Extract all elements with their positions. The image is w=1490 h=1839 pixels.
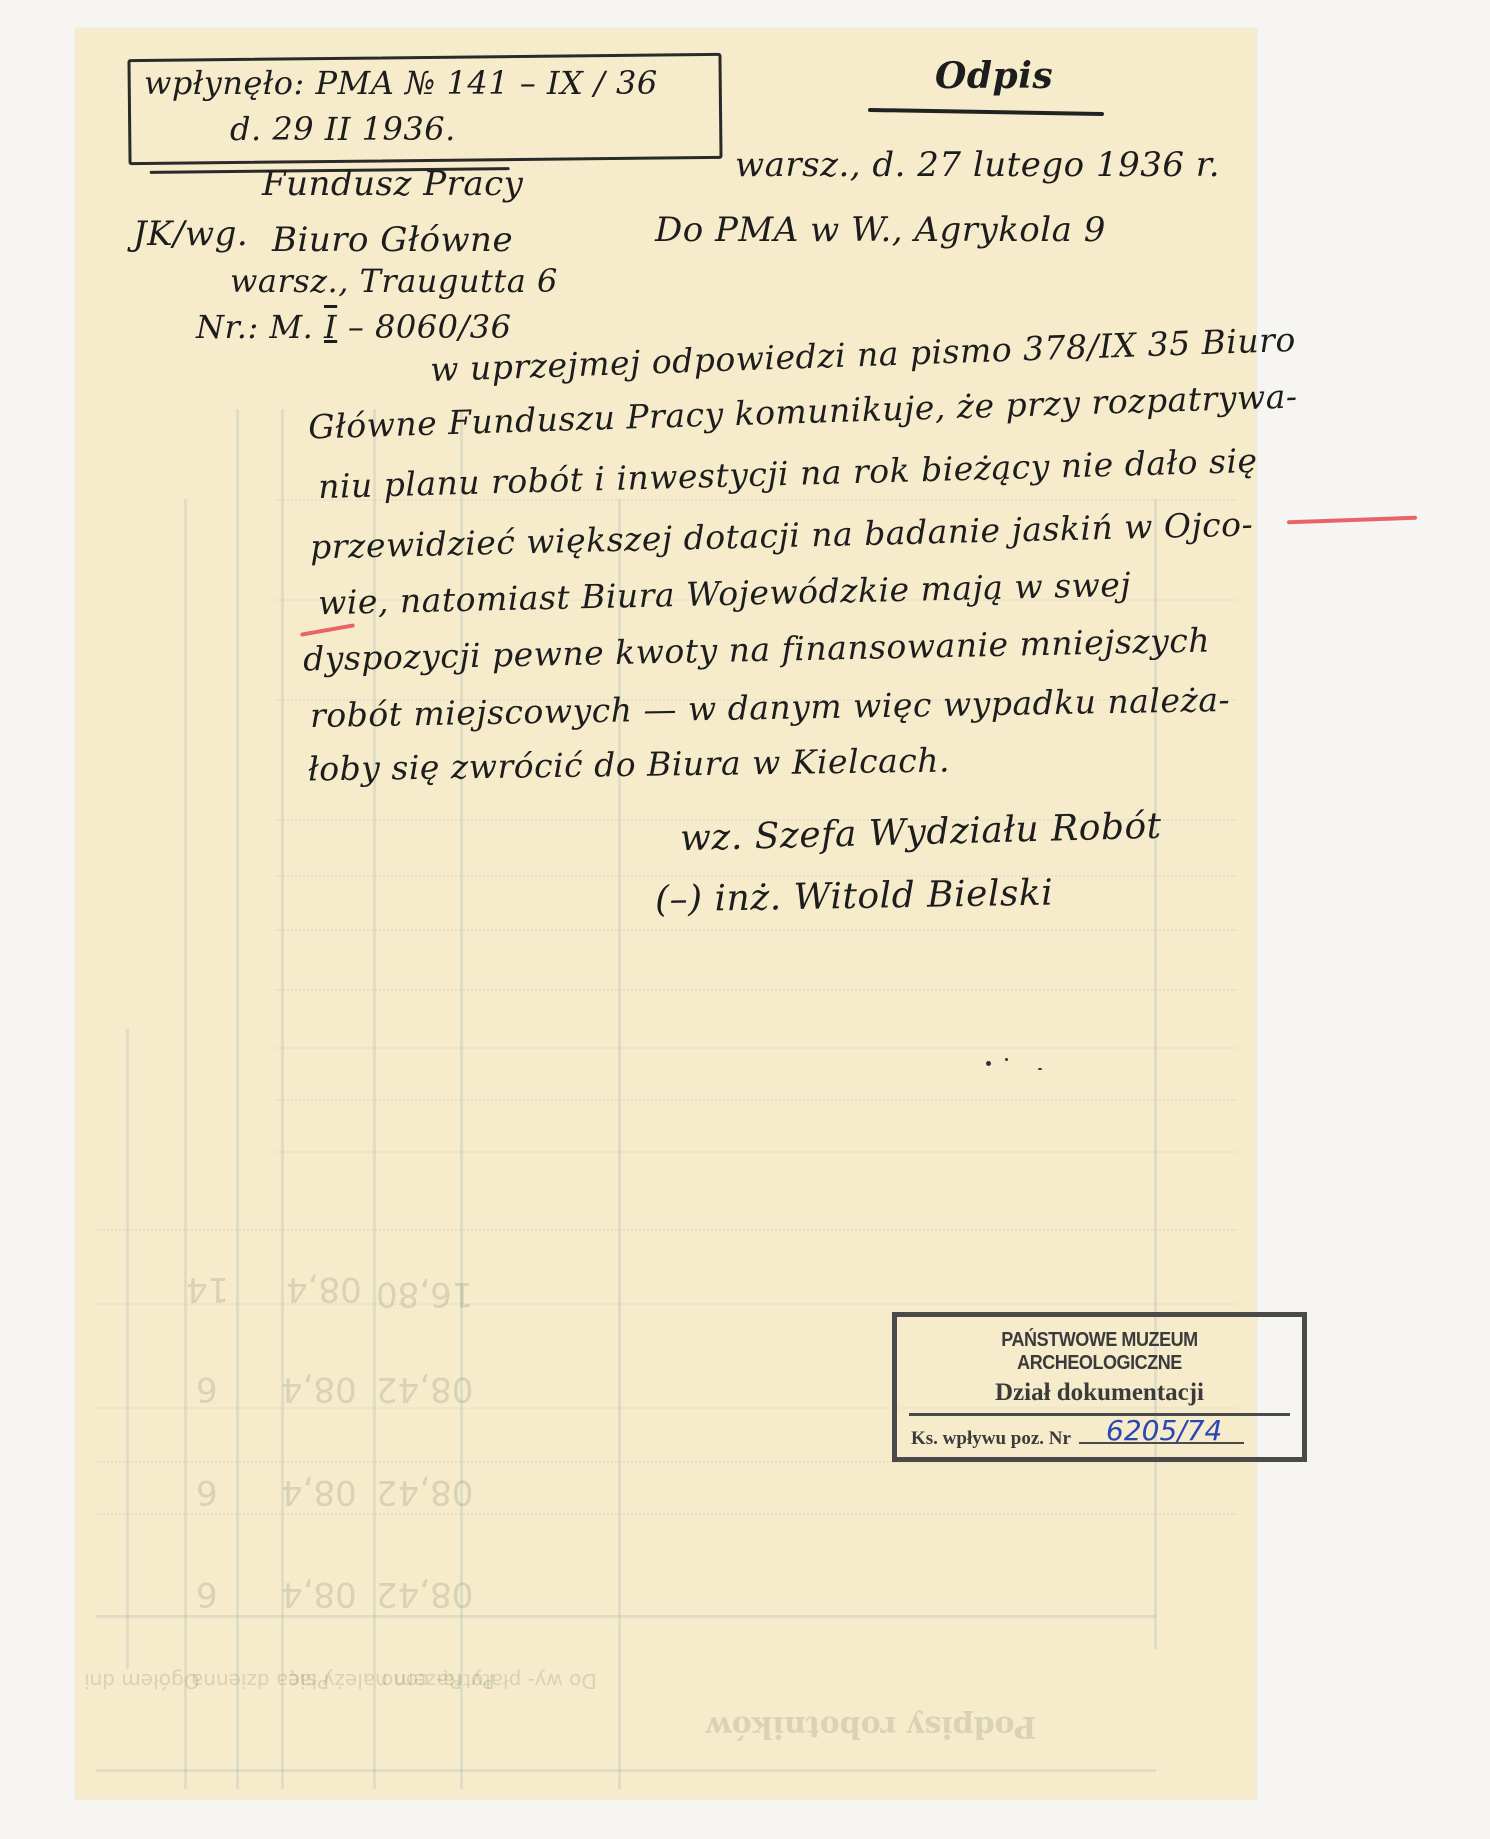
copy-label: Odpis bbox=[935, 55, 1053, 97]
bleed-value: 08,4 bbox=[286, 1269, 362, 1309]
bleed-footer-title: Podpisy robotników bbox=[706, 1709, 1036, 1744]
signature-name: (–) inż. Witold Bielski bbox=[655, 873, 1054, 921]
bleed-value: 08,4 bbox=[281, 1574, 357, 1614]
bleed-dotted-line bbox=[96, 1229, 1236, 1231]
red-pencil-underline bbox=[1287, 516, 1417, 525]
bleed-value: 16,80 bbox=[376, 1274, 473, 1314]
ink-speck bbox=[1038, 1068, 1042, 1070]
received-reference-line1: wpłynęło: PMA № 141 – IX / 36 bbox=[144, 64, 658, 102]
bleed-footer-header: Ogółem dni bbox=[84, 1669, 199, 1693]
stamp-accession-row: Ks. wpływu poz. Nr 6205/74 bbox=[911, 1428, 1302, 1450]
bleed-column-rule bbox=[184, 499, 187, 1789]
bleed-value: 6 bbox=[196, 1574, 218, 1614]
ink-speck bbox=[986, 1061, 991, 1066]
bleed-dotted-line bbox=[276, 989, 1236, 991]
bleed-dotted-line bbox=[276, 875, 1236, 877]
bleed-value: 6 bbox=[196, 1472, 218, 1512]
bleed-dotted-line bbox=[276, 1047, 1236, 1049]
recipient: Do PMA w W., Agrykola 9 bbox=[655, 210, 1106, 250]
bleed-value: 08,42 bbox=[376, 1369, 473, 1409]
sender-address: warsz., Traugutta 6 bbox=[230, 262, 558, 300]
bleed-value: 08,4 bbox=[281, 1369, 357, 1409]
museum-accession-stamp: PAŃSTWOWE MUZEUM ARCHEOLOGICZNE Dział do… bbox=[892, 1312, 1307, 1462]
sender-ref-roman: I bbox=[324, 308, 337, 346]
stamp-institution: PAŃSTWOWE MUZEUM ARCHEOLOGICZNE bbox=[917, 1329, 1282, 1375]
received-reference-line2: d. 29 II 1936. bbox=[230, 110, 456, 148]
stamp-divider bbox=[909, 1413, 1290, 1416]
bleed-value: 14 bbox=[186, 1269, 229, 1309]
stamp-accession-number: 6205/74 bbox=[1106, 1414, 1222, 1447]
bleed-dotted-line bbox=[276, 1151, 1236, 1153]
bleed-row-rule bbox=[96, 1615, 1156, 1618]
stamp-department: Dział dokumentacji bbox=[897, 1379, 1302, 1407]
sender-office: Biuro Główne bbox=[272, 220, 513, 260]
bleed-value: 08,42 bbox=[376, 1472, 473, 1512]
bleed-value: 6 bbox=[196, 1369, 218, 1409]
sender-ref-suffix: – 8060/36 bbox=[348, 308, 512, 346]
bleed-dotted-line bbox=[276, 929, 1236, 931]
ink-speck bbox=[1005, 1058, 1008, 1061]
bleed-value: 08,4 bbox=[281, 1472, 357, 1512]
sender-reference-number: Nr.: M. I – 8060/36 bbox=[196, 308, 511, 346]
stamp-accession-label: Ks. wpływu poz. Nr bbox=[911, 1428, 1071, 1449]
sender-initials: JK/wg. bbox=[133, 214, 248, 254]
bleed-column-rule bbox=[126, 1029, 129, 1669]
sender-name: Fundusz Pracy bbox=[262, 164, 523, 204]
bleed-value: 08,42 bbox=[376, 1574, 473, 1614]
bleed-dotted-line bbox=[276, 1099, 1236, 1101]
bleed-dotted-line bbox=[96, 1513, 1236, 1515]
bleed-column-rule bbox=[236, 409, 239, 1789]
sender-ref-prefix: Nr.: M. bbox=[196, 308, 313, 346]
bleed-footer-header: Do wy- płaty bbox=[471, 1669, 597, 1693]
bleed-column-rule bbox=[1154, 499, 1157, 1649]
bleed-dotted-line bbox=[96, 1303, 1236, 1305]
place-date: warsz., d. 27 lutego 1936 r. bbox=[735, 145, 1220, 185]
bleed-row-rule bbox=[96, 1769, 1156, 1772]
